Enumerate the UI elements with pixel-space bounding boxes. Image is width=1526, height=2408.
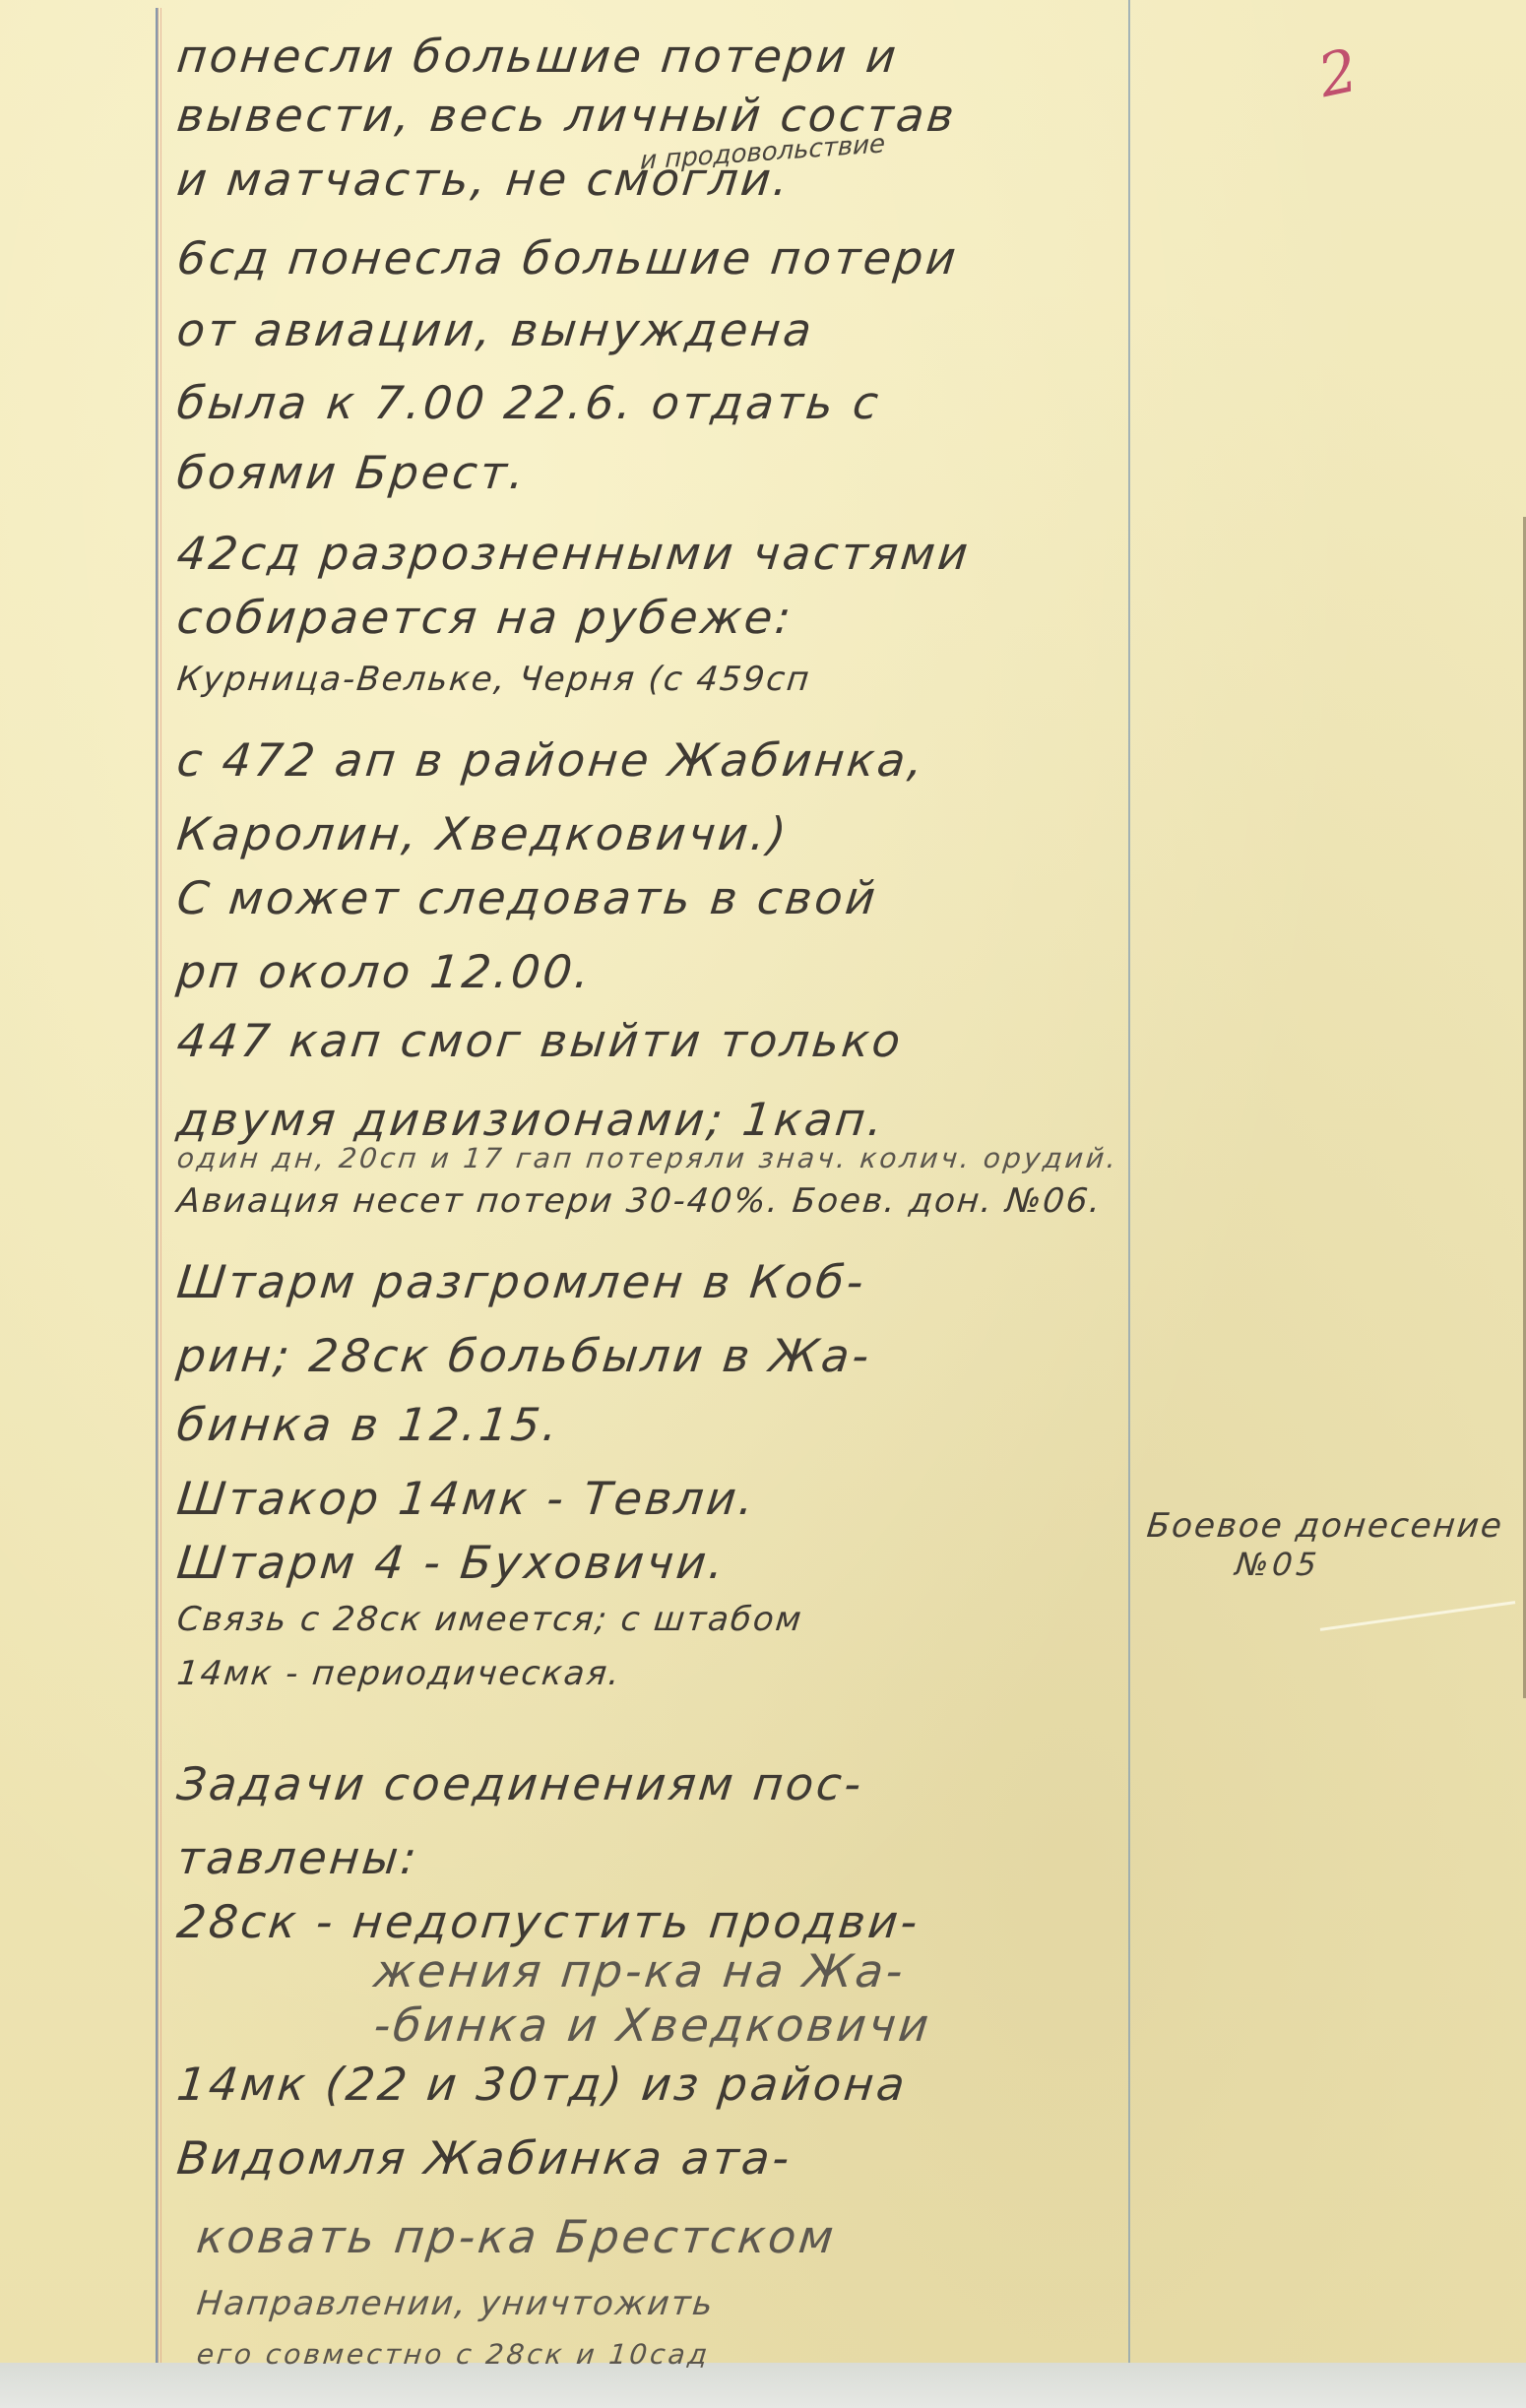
text-line: Авиация несет потери 30-40%. Боев. дон. … xyxy=(175,1181,1105,1221)
text-line: Связь с 28ск имеется; с штабом xyxy=(175,1600,805,1639)
text-line: 6сд понесла большие потери xyxy=(174,231,961,285)
text-line: 14мк (22 и 30тд) из района xyxy=(174,2058,910,2111)
text-line: 28ск - недопустить продви- xyxy=(174,1895,922,1948)
text-line: понесли большие потери и xyxy=(174,30,901,83)
text-line: Курница-Вельке, Черня (с 459сп xyxy=(175,660,813,699)
text-line: с 472 ап в районе Жабинка, xyxy=(174,733,928,787)
left-margin-rule xyxy=(156,8,159,2363)
text-line: 447 кап смог выйти только xyxy=(174,1014,906,1067)
text-line: С может следовать в свой xyxy=(174,871,880,924)
text-line: ковать пр-ка Брестском xyxy=(194,2210,839,2263)
margin-note-title: Боевое донесение xyxy=(1145,1506,1523,1546)
text-line: Штарм разгромлен в Коб- xyxy=(174,1255,868,1308)
text-line: -бинка и Хведковичи xyxy=(371,1998,933,2052)
text-line: бинка в 12.15. xyxy=(174,1398,563,1451)
text-line: Каролин, Хведковичи.) xyxy=(174,807,792,860)
margin-note: Боевое донесение №05 xyxy=(1147,1506,1521,1583)
text-line: жения пр-ка на Жа- xyxy=(371,1944,908,1997)
text-line-insert: один дн, 20сп и 17 гап потеряли знач. ко… xyxy=(175,1142,1120,1174)
text-line: рп около 12.00. xyxy=(174,945,595,998)
text-line: Направлении, уничтожить xyxy=(195,2284,717,2323)
text-line: 42сд разрозненными частями xyxy=(174,527,973,580)
right-margin-rule xyxy=(1128,0,1130,2363)
text-line: и матчасть, не смогли. xyxy=(174,153,794,206)
text-line: Штарм 4 - Буховичи. xyxy=(174,1536,729,1589)
text-line: двумя дивизионами; 1кап. xyxy=(174,1093,888,1146)
text-line: была к 7.00 22.6. отдать с xyxy=(174,376,883,429)
text-line: рин; 28ск больбыли в Жа- xyxy=(174,1329,874,1382)
text-line: 14мк - периодическая. xyxy=(175,1654,623,1693)
margin-note-number: №05 xyxy=(1234,1546,1322,1583)
text-line: Штакор 14мк - Тевли. xyxy=(174,1472,759,1525)
text-line: от авиации, вынуждена xyxy=(174,303,817,356)
text-line: Видомля Жабинка ата- xyxy=(174,2131,795,2185)
left-margin-rule-red xyxy=(160,8,161,2363)
text-line: боями Брест. xyxy=(174,446,530,499)
text-line: его совместно с 28ск и 10сад xyxy=(195,2338,712,2371)
text-line: тавлены: xyxy=(174,1831,421,1884)
text-line: Задачи соединениям пос- xyxy=(174,1757,866,1810)
text-line: собирается на рубеже: xyxy=(174,591,796,644)
